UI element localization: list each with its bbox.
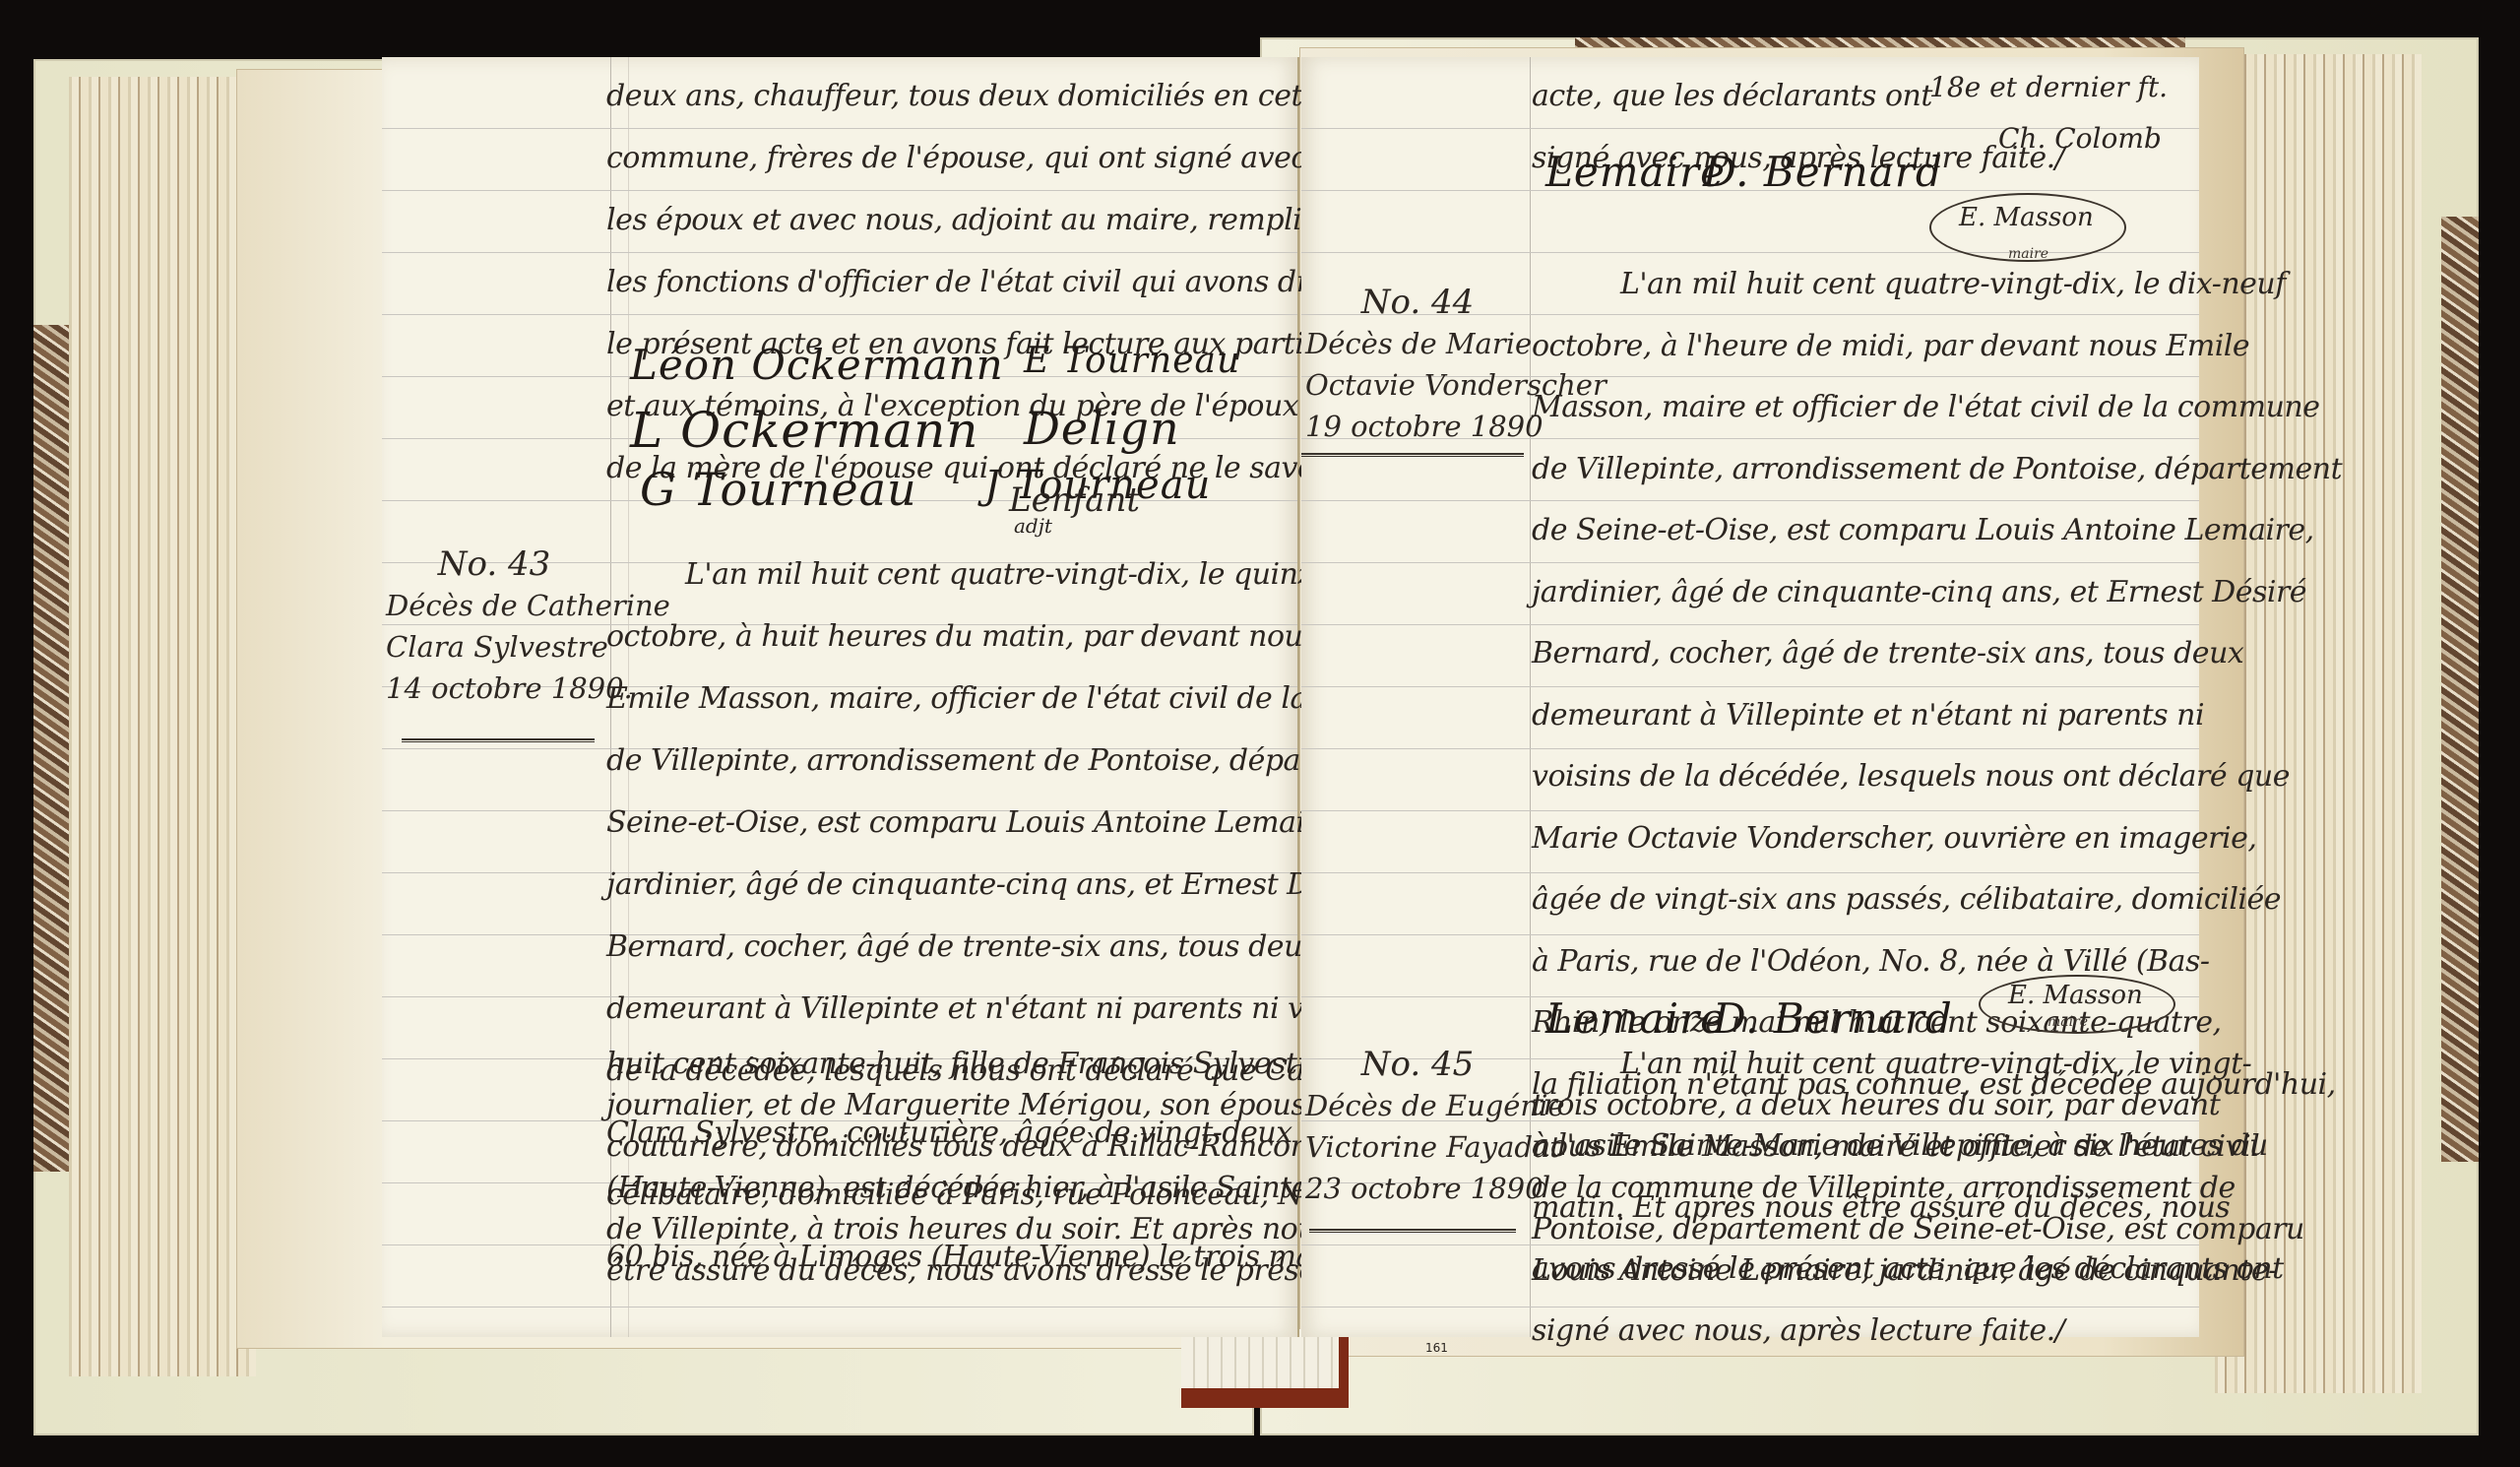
- entry-date: 23 octobre 1890: [1305, 1168, 1530, 1209]
- text-line: Bernard, cocher, âgé de trente-six ans, …: [1532, 623, 2342, 685]
- signature-l-ockermann: L Ockermann: [630, 402, 979, 459]
- signature-d-bernard: D. Bernard: [1703, 148, 1943, 196]
- text-line: à Paris, rue de l'Odéon, No. 8, née à Vi…: [1532, 931, 2342, 993]
- text-line: être assuré du décès, nous avons dressé …: [606, 1250, 1404, 1292]
- text-line: octobre, à l'heure de midi, par devant n…: [1532, 316, 2342, 378]
- entry-title-line-1: Décès de Catherine: [386, 585, 602, 626]
- entry-number: No. 45: [1305, 1044, 1530, 1085]
- entry-date: 19 octobre 1890: [1305, 406, 1530, 447]
- signature-leon-ockermann: Léon Ockermann: [630, 341, 1004, 389]
- entry-43-margin: No. 43 Décès de Catherine Clara Sylvestr…: [386, 543, 602, 709]
- text-line: couturière, domiciliés tous deux à Rilla…: [606, 1126, 1404, 1168]
- text-line: nous Emile Masson, maire et officier de …: [1532, 1126, 2304, 1168]
- text-line: âgée de vingt-six ans passés, célibatair…: [1532, 869, 2342, 931]
- entry-title-line-2: Clara Sylvestre: [386, 626, 602, 668]
- entry-number: No. 43: [386, 543, 602, 585]
- text-line: demeurant à Villepinte et n'étant ni par…: [1532, 685, 2342, 747]
- marginal-note: 18e et dernier ft.: [1929, 71, 2168, 103]
- entry-title-line-2: Victorine Fayadat: [1305, 1126, 1530, 1168]
- marbled-paper-left: [33, 325, 73, 1172]
- left-page-stack: [69, 77, 256, 1376]
- text-line: de la commune de Villepinte, arrondissem…: [1532, 1168, 2304, 1209]
- folio-number-161: 161: [1425, 1341, 1448, 1355]
- entry-45-body: L'an mil huit cent quatre-vingt-dix, le …: [1532, 1044, 2304, 1292]
- text-line: commune, frères de l'épouse, qui ont sig…: [606, 127, 1378, 189]
- binding-stubs: [1181, 1329, 1339, 1388]
- signature-e-tourneau: E Tourneau: [1024, 341, 1240, 381]
- signature-d-bernard-44: D. Bernard: [1713, 994, 1953, 1043]
- signature-lemaire-44: Lemaire: [1545, 994, 1726, 1043]
- signature-g-tourneau: G Tourneau: [640, 463, 917, 516]
- text-line: voisins de la décédée, lesquels nous ont…: [1532, 746, 2342, 808]
- signature-delign: Delign: [1024, 402, 1180, 455]
- entry-separator: [402, 738, 595, 742]
- text-line: huit cent soixante-huit, fille de Franço…: [606, 1044, 1404, 1085]
- signature-e-masson: E. Masson: [1959, 203, 2094, 232]
- text-line: de Seine-et-Oise, est comparu Louis Anto…: [1532, 500, 2342, 562]
- text-line: trois octobre, à deux heures du soir, pa…: [1532, 1085, 2304, 1126]
- entry-45-margin: No. 45 Décès de Eugénie Victorine Fayada…: [1305, 1044, 1530, 1209]
- text-line: les fonctions d'officier de l'état civil…: [606, 251, 1378, 313]
- adjoint-title: adjt: [1014, 514, 1052, 538]
- text-line: Pontoise, département de Seine-et-Oise, …: [1532, 1209, 2304, 1250]
- entry-number: No. 44: [1305, 282, 1530, 323]
- text-line: jardinier, âgé de cinquante-cinq ans, et…: [1532, 562, 2342, 624]
- text-line: de Villepinte, à trois heures du soir. E…: [606, 1209, 1404, 1250]
- text-line: L'an mil huit cent quatre-vingt-dix, le …: [1532, 1044, 2304, 1085]
- entry-title-line-1: Décès de Marie: [1305, 323, 1530, 364]
- signature-e-masson-44: E. Masson: [2008, 981, 2143, 1010]
- entry-title-line-2: Octavie Vonderscher: [1305, 364, 1530, 406]
- text-line: (Haute-Vienne), est décédée hier, à l'as…: [606, 1168, 1404, 1209]
- text-line: L'an mil huit cent quatre-vingt-dix, le …: [1532, 254, 2342, 316]
- mayor-title-44: maire: [2047, 1014, 2088, 1030]
- text-line: deux ans, chauffeur, tous deux domicilié…: [606, 65, 1378, 127]
- entry-44-margin: No. 44 Décès de Marie Octavie Vondersche…: [1305, 282, 1530, 447]
- text-line: Masson, maire et officier de l'état civi…: [1532, 377, 2342, 439]
- signature-lemaire: Lemaire: [1545, 148, 1726, 196]
- entry-43-body-end: huit cent soixante-huit, fille de Franço…: [606, 1044, 1404, 1292]
- entry-title-line-1: Décès de Eugénie: [1305, 1085, 1530, 1126]
- text-line: Louis Antoine Lemaire, jardinier, âgé de…: [1532, 1250, 2304, 1292]
- marginal-note-signature: Ch. Colomb: [1998, 122, 2162, 155]
- text-line: Marie Octavie Vonderscher, ouvrière en i…: [1532, 808, 2342, 870]
- text-line: journalier, et de Marguerite Mérigou, so…: [606, 1085, 1404, 1126]
- entry-separator: [1301, 453, 1524, 457]
- entry-date: 14 octobre 1890.: [386, 668, 602, 709]
- text-line: signé avec nous, après lecture faite./: [1532, 1301, 2342, 1363]
- text-line: les époux et avec nous, adjoint au maire…: [606, 189, 1378, 251]
- marbled-paper-right: [2441, 217, 2479, 1162]
- text-line: de Villepinte, arrondissement de Pontois…: [1532, 439, 2342, 501]
- book-spread-photo: deux ans, chauffeur, tous deux domicilié…: [0, 0, 2520, 1467]
- entry-separator: [1309, 1229, 1516, 1233]
